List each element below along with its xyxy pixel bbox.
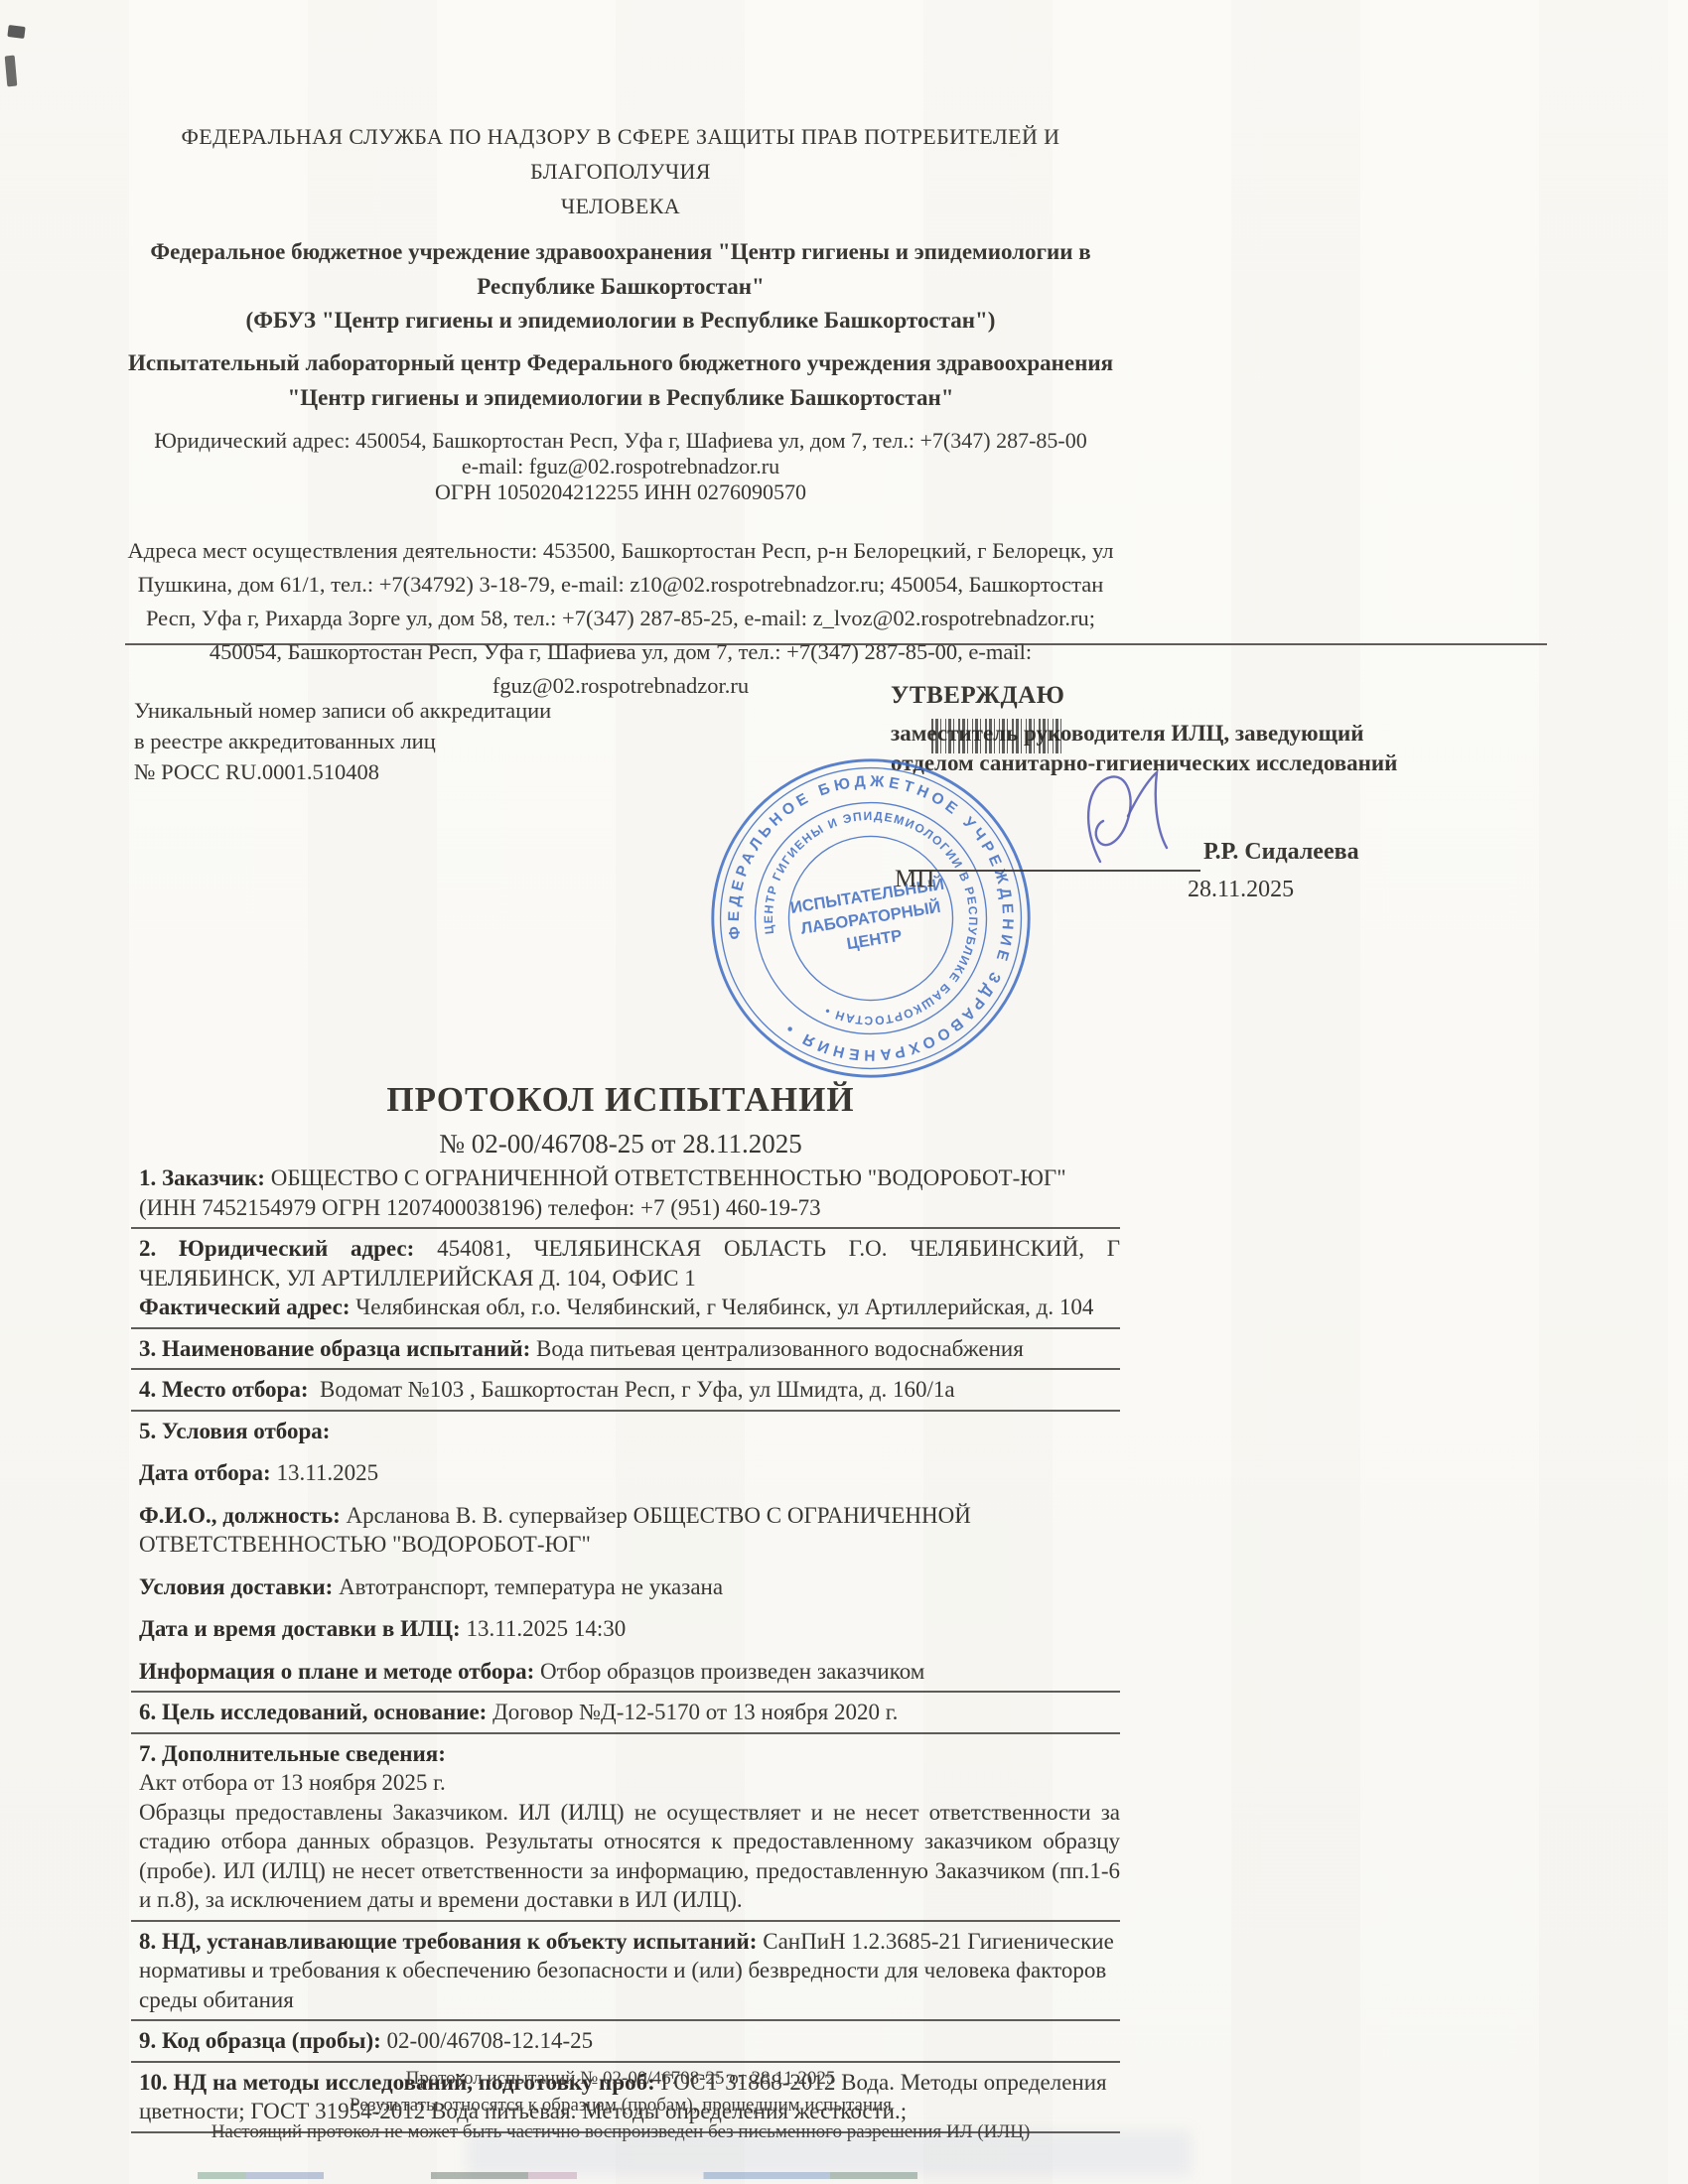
section-label: 2. Юридический адрес: [139, 1236, 414, 1261]
lab-center-name: Испытательный лабораторный центр Федерал… [119, 345, 1122, 415]
delivery-conditions: Условия доставки: Автотранспорт, темпера… [139, 1572, 1120, 1602]
protocol-sections: 1. Заказчик: ОБЩЕСТВО С ОГРАНИЧЕННОЙ ОТВ… [139, 1163, 1120, 2138]
signature-line [909, 870, 1200, 872]
protocol-title: ПРОТОКОЛ ИСПЫТАНИЙ [124, 1080, 1117, 1120]
field-value: Отбор образцов произведен заказчиком [540, 1659, 924, 1684]
section-text: Договор №Д-12-5170 от 13 ноября 2020 г. [492, 1700, 898, 1724]
field-value: 13.11.2025 14:30 [466, 1616, 626, 1641]
section-text: ОБЩЕСТВО С ОГРАНИЧЕННОЙ ОТВЕТСТВЕННОСТЬЮ… [139, 1165, 1066, 1220]
protocol-title-block: ПРОТОКОЛ ИСПЫТАНИЙ № 02-00/46708-25 от 2… [124, 1080, 1117, 1160]
scan-corner-mark [5, 56, 18, 87]
section-label: 8. НД, устанавливающие требования к объе… [139, 1929, 757, 1954]
separator-line [131, 1327, 1120, 1329]
email-line: e-mail: fguz@02.rospotrebnadzor.ru [119, 454, 1122, 479]
separator-line [131, 1368, 1120, 1370]
service-name-line1: ФЕДЕРАЛЬНАЯ СЛУЖБА ПО НАДЗОРУ В СФЕРЕ ЗА… [119, 119, 1122, 189]
section-sampling-place: 4. Место отбора: Водомат №103 , Башкорто… [139, 1375, 1120, 1405]
section-text: Челябинская обл, г.о. Челябинский, г Чел… [355, 1295, 1093, 1319]
section-fact-address: Фактический адрес: Челябинская обл, г.о.… [139, 1293, 1120, 1322]
section-label: 3. Наименование образца испытаний: [139, 1336, 530, 1361]
document-header: ФЕДЕРАЛЬНАЯ СЛУЖБА ПО НАДЗОРУ В СФЕРЕ ЗА… [119, 119, 1122, 703]
section-legal-address: 2. Юридический адрес: 454081, ЧЕЛЯБИНСКА… [139, 1234, 1120, 1293]
footer-protocol-ref: Протокол испытаний № 02-00/46708-25 от 2… [124, 2065, 1117, 2092]
svg-text:ЦЕНТР: ЦЕНТР [845, 927, 903, 954]
org-name-full: Федеральное бюджетное учреждение здравоо… [119, 234, 1122, 304]
section-label: 5. Условия отбора: [139, 1419, 330, 1443]
section-sample-name: 3. Наименование образца испытаний: Вода … [139, 1334, 1120, 1364]
separator-line [131, 2061, 1120, 2063]
approver-name: Р.Р. Сидалеева [1203, 839, 1359, 866]
org-name-short: (ФБУЗ "Центр гигиены и эпидемиологии в Р… [119, 304, 1122, 337]
section-text: Вода питьевая централизованного водоснаб… [536, 1336, 1024, 1361]
service-name: ФЕДЕРАЛЬНАЯ СЛУЖБА ПО НАДЗОРУ В СФЕРЕ ЗА… [119, 119, 1122, 223]
accreditation-line1: Уникальный номер записи об аккредитации [134, 695, 601, 726]
approval-date: 28.11.2025 [1188, 877, 1294, 903]
field-label: Условия доставки: [139, 1574, 333, 1599]
scan-edge-artifact [139, 2172, 1112, 2179]
field-value: 13.11.2025 [276, 1460, 378, 1485]
sampling-plan-info: Информация о плане и методе отбора: Отбо… [139, 1657, 1120, 1687]
separator-line [131, 1410, 1120, 1412]
separator-line [131, 1920, 1120, 1922]
sampling-person: Ф.И.О., должность: Арсланова В. В. супер… [139, 1501, 1120, 1560]
sampling-date: Дата отбора: 13.11.2025 [139, 1458, 1120, 1488]
footer-results-note: Результаты относятся к образцам (пробам)… [124, 2092, 1117, 2118]
section-label: 1. Заказчик: [139, 1165, 265, 1190]
stamp-seal: ФЕДЕРАЛЬНОЕ БЮДЖЕТНОЕ УЧРЕЖДЕНИЕ ЗДРАВОО… [683, 731, 1058, 1106]
field-value: Автотранспорт, температура не указана [339, 1574, 723, 1599]
section-label: 4. Место отбора: [139, 1377, 309, 1402]
separator-line [131, 1732, 1120, 1734]
delivery-datetime: Дата и время доставки в ИЛЦ: 13.11.2025 … [139, 1614, 1120, 1644]
accreditation-note: Уникальный номер записи об аккредитации … [134, 695, 601, 787]
disclaimer-note: Образцы предоставлены Заказчиком. ИЛ (ИЛ… [139, 1798, 1120, 1915]
contact-block: Юридический адрес: 450054, Башкортостан … [119, 428, 1122, 505]
approval-heading: УТВЕРЖДАЮ [891, 681, 1486, 711]
section-label: 6. Цель исследований, основание: [139, 1700, 487, 1724]
mp-mark: МП [895, 866, 934, 893]
section-requirements: 8. НД, устанавливающие требования к объе… [139, 1927, 1120, 2015]
section-sample-code: 9. Код образца (пробы): 02-00/46708-12.1… [139, 2026, 1120, 2056]
accreditation-number: № РОСС RU.0001.510408 [134, 756, 601, 787]
section-client: 1. Заказчик: ОБЩЕСТВО С ОГРАНИЧЕННОЙ ОТВ… [139, 1163, 1120, 1222]
protocol-number: № 02-00/46708-25 от 28.11.2025 [124, 1129, 1117, 1160]
activity-addresses: Адреса мест осуществления деятельности: … [119, 534, 1122, 703]
field-label: Дата и время доставки в ИЛЦ: [139, 1616, 461, 1641]
field-label: Информация о плане и методе отбора: [139, 1659, 534, 1684]
section-text: 02-00/46708-12.14-25 [387, 2028, 594, 2053]
signature-ink [1070, 766, 1195, 876]
scan-corner-mark [7, 25, 25, 39]
sampling-act: Акт отбора от 13 ноября 2025 г. [139, 1768, 1120, 1798]
section-sampling-conditions: 5. Условия отбора: [139, 1417, 1120, 1446]
section-purpose: 6. Цель исследований, основание: Договор… [139, 1698, 1120, 1727]
legal-address: Юридический адрес: 450054, Башкортостан … [119, 428, 1122, 454]
section-label: Фактический адрес: [139, 1295, 351, 1319]
scanned-document-page: ФЕДЕРАЛЬНАЯ СЛУЖБА ПО НАДЗОРУ В СФЕРЕ ЗА… [0, 0, 1688, 2184]
scan-smudge-artifact [467, 2130, 1192, 2176]
ogrn-line: ОГРН 1050204212255 ИНН 0276090570 [119, 479, 1122, 505]
field-label: Ф.И.О., должность: [139, 1503, 341, 1528]
section-text: Водомат №103 , Башкортостан Респ, г Уфа,… [320, 1377, 955, 1402]
header-divider-line [125, 643, 1547, 645]
section-additional-info: 7. Дополнительные сведения: [139, 1739, 1120, 1769]
barcode-image [931, 719, 1062, 753]
separator-line [131, 2019, 1120, 2021]
section-label: 7. Дополнительные сведения: [139, 1741, 446, 1766]
separator-line [131, 1691, 1120, 1693]
accreditation-line2: в реестре аккредитованных лиц [134, 726, 601, 756]
field-label: Дата отбора: [139, 1460, 271, 1485]
service-name-line2: ЧЕЛОВЕКА [119, 189, 1122, 223]
section-label: 9. Код образца (пробы): [139, 2028, 381, 2053]
separator-line [131, 1227, 1120, 1229]
